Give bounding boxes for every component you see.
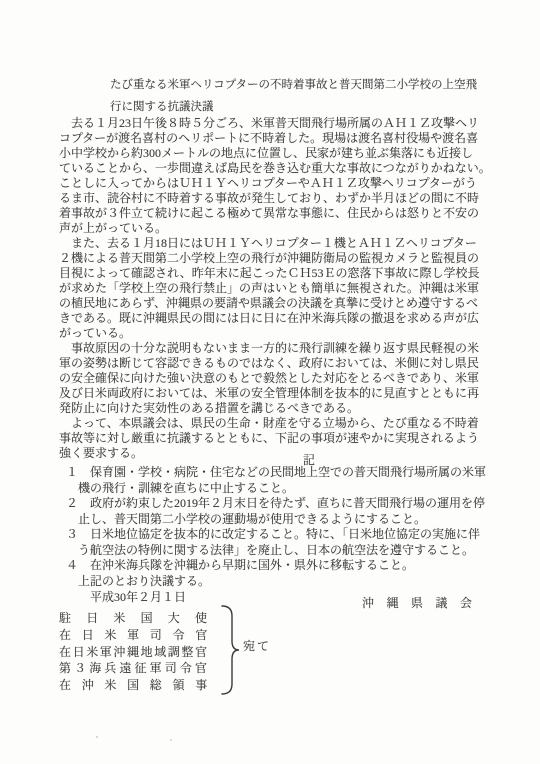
body-line: 及び日米両政府においては、米軍の安全管理体制を抜本的に見直すとともに再 (59, 386, 495, 401)
addressee-brace-icon (219, 604, 241, 696)
demand-line: １ 保育園・学校・病院・住宅などの民間地上空での普天間飛行場所属の米軍 (66, 465, 506, 481)
recipient-name: 在沖米国総領事 (59, 677, 207, 694)
body-line: 事故原因の十分な説明もないまま一方的に飛行訓練を繰り返す県民軽視の米 (59, 341, 495, 356)
title-line: たび重なる米軍ヘリコプターの不時着事故と普天間第二小学校の上空飛 (110, 74, 510, 96)
body-line: ２機による普天間第二小学校上空の飛行が沖縄防衛局の監視カメラと監視員の (59, 251, 495, 266)
body-line: が求めた「学校上空の飛行禁止」の声はいとも簡単に無視された。沖縄は米軍 (59, 281, 495, 296)
recipients-list: 駐日米国大使 在日米軍司令官 在日米軍沖縄地域調整官 第３海兵遠征軍司令官 在沖… (59, 610, 207, 694)
body-line: また、去る１月18日にはＵＨ１Ｙヘリコプター１機とＡＨ１Ｚヘリコプター (59, 236, 495, 251)
date-line: 平成30年２月１日 (66, 590, 366, 606)
document-page: たび重なる米軍ヘリコプターの不時着事故と普天間第二小学校の上空飛 行に関する抗議… (0, 0, 540, 764)
demand-line: う航空法の特例に関する法律」を廃止し、日本の航空法を遵守すること。 (66, 543, 506, 559)
body-line: きである。既に沖縄県民の間には日に日に在沖米海兵隊の撤退を求める声が広 (59, 311, 495, 326)
recipient-name: 在日米軍司令官 (59, 627, 207, 644)
closing-line: 上記のとおり決議する。 (66, 574, 366, 590)
recipient-name: 在日米軍沖縄地域調整官 (59, 644, 207, 661)
demand-line: ２ 政府が約束した2019年２月末日を待たず、直ちに普天間飛行場の運用を停 (66, 496, 506, 512)
body-line: 着事故が３件立て続けに起こる極めて異常な事態に、住民からは怒りと不安の (59, 206, 495, 221)
body-line: よって、本県議会は、県民の生命・財産を守る立場から、たび重なる不時着 (59, 416, 495, 431)
body-line: ていることから、一歩間違えば島民を巻き込む重大な事故につながりかねない。 (59, 161, 495, 176)
body-line: コプターが渡名喜村のヘリポートに不時着した。現場は渡名喜村役場や渡名喜 (59, 131, 495, 146)
scan-speck (170, 739, 172, 741)
body-line: がっている。 (59, 326, 495, 341)
demand-line: ３ 日米地位協定を抜本的に改定すること。特に、「日米地位協定の実施に伴 (66, 527, 506, 543)
body-line: 事故等に対し厳重に抗議するとともに、下記の事項が速やかに実現されるよう (59, 431, 495, 446)
demand-line: 機の飛行・訓練を直ちに中止すること。 (66, 481, 506, 497)
resolution-body: 去る１月23日午後８時５分ごろ、米軍普天間飛行場所属のＡＨ１Ｚ攻撃ヘリ コプター… (59, 116, 495, 461)
council-signature: 沖縄県議会 (362, 596, 485, 611)
body-line: 去る１月23日午後８時５分ごろ、米軍普天間飛行場所属のＡＨ１Ｚ攻撃ヘリ (59, 116, 495, 131)
body-line: の安全確保に向けた強い決意のもとで毅然とした対応をとるべきであり、米軍 (59, 371, 495, 386)
title-line: 行に関する抗議決議 (110, 96, 510, 118)
closing-block: 上記のとおり決議する。 平成30年２月１日 (66, 574, 366, 605)
demand-line: ４ 在沖米海兵隊を沖縄から早期に国外・県外に移転すること。 (66, 558, 506, 574)
recipient-name: 駐日米国大使 (59, 610, 207, 627)
body-line: 声が上がっている。 (59, 221, 495, 236)
recipient-name: 第３海兵遠征軍司令官 (59, 660, 207, 677)
body-line: 軍の姿勢は断じて容認できるものではなく、政府においては、米側に対し県民 (59, 356, 495, 371)
body-line: ことしに入ってからはＵＨ１ＹヘリコプターやＡＨ１Ｚ攻撃ヘリコプターがう (59, 176, 495, 191)
body-line: の植民地にあらず、沖縄県の要請や県議会の決議を真摯に受けとめ遵守するべ (59, 296, 495, 311)
demands-list: １ 保育園・学校・病院・住宅などの民間地上空での普天間飛行場所属の米軍 機の飛行… (66, 465, 506, 574)
body-line: るま市、読谷村に不時着する事故が発生しており、わずか半月ほどの間に不時 (59, 191, 495, 206)
document-title: たび重なる米軍ヘリコプターの不時着事故と普天間第二小学校の上空飛 行に関する抗議… (110, 74, 510, 118)
body-line: 発防止に向けた実効性のある措置を講じるべきである。 (59, 401, 495, 416)
addressee-suffix-label: 宛て (243, 639, 271, 654)
demand-line: 止し、普天間第二小学校の運動場が使用できるようにすること。 (66, 512, 506, 528)
body-line: 小中学校から約300メートルの地点に位置し、民家が建ち並ぶ集落にも近接し (59, 146, 495, 161)
body-line: 目視によって確認され、昨年末に起こったＣＨ53Ｅの窓落下事故に際し学校長 (59, 266, 495, 281)
scan-speck (96, 736, 98, 738)
